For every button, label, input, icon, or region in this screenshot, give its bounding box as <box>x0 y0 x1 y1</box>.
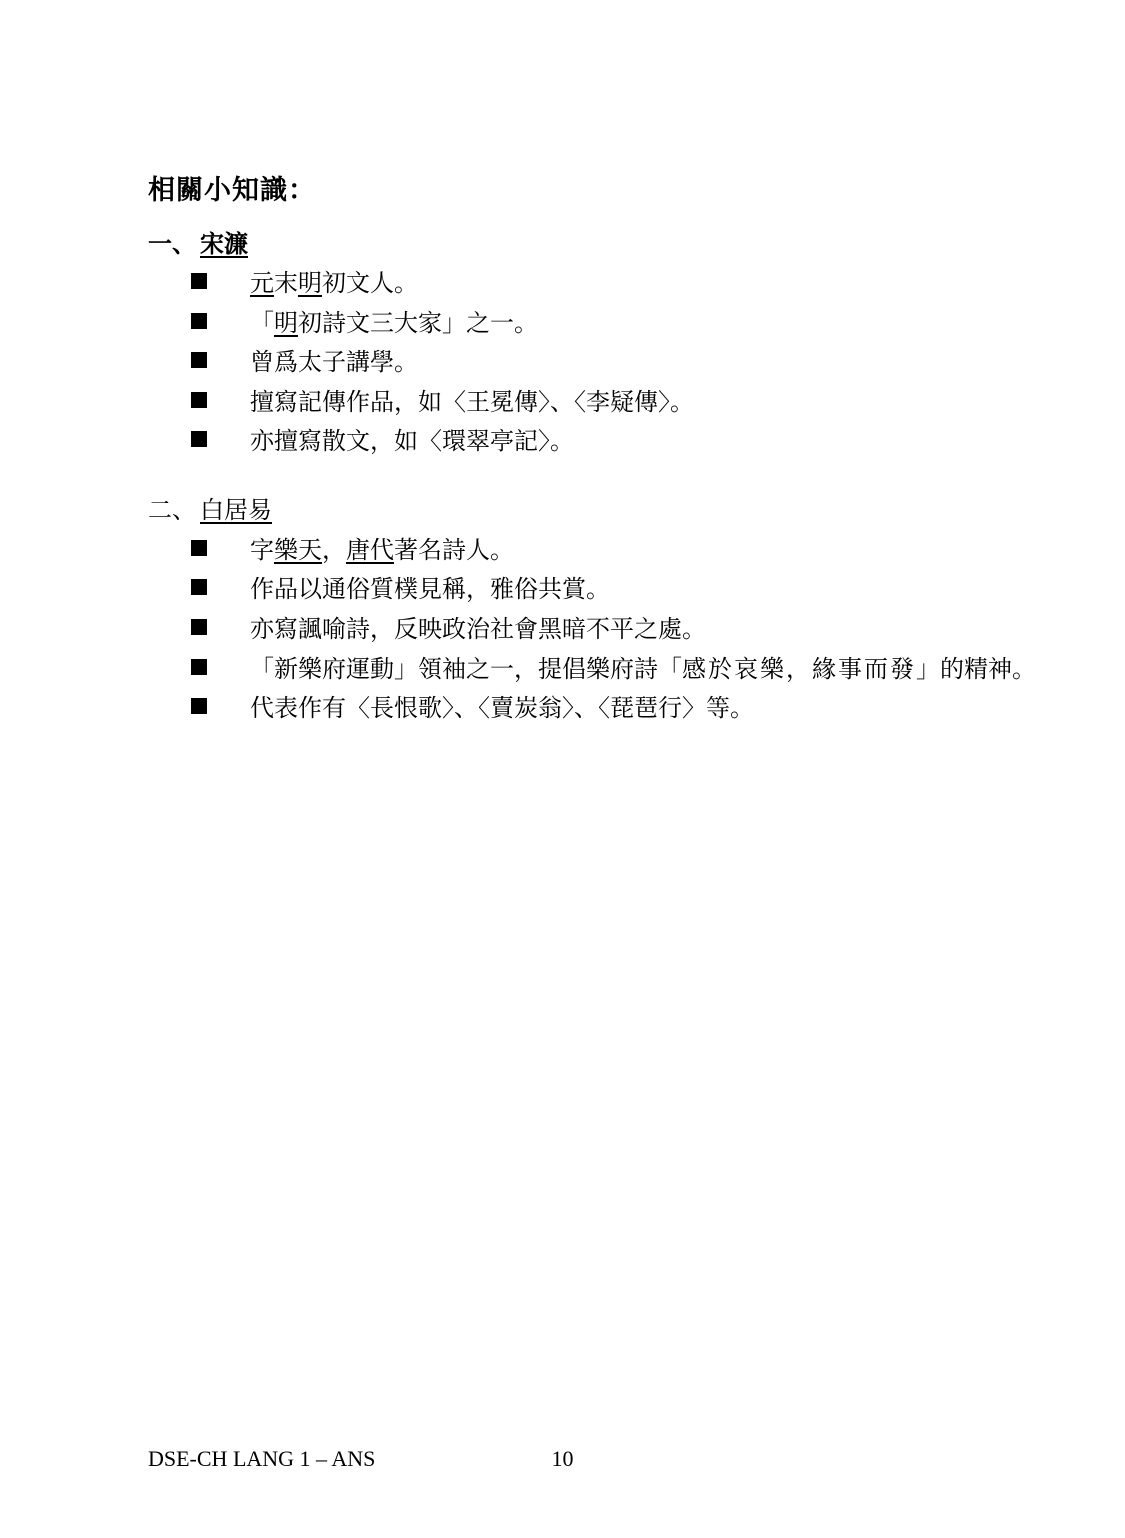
text-segment: 末 <box>274 271 298 297</box>
bullet-item: 曾爲太子講學。 <box>148 344 1035 383</box>
proper-noun-underlined: 明 <box>298 271 322 297</box>
bullet-text: 「新樂府運動」領袖之一，提倡樂府詩「感於哀樂，緣事而發」的精神。 <box>250 657 1036 683</box>
bullet-text: 「明初詩文三大家」之一。 <box>250 311 538 337</box>
text-segment: 初詩文三大家」之一。 <box>298 311 538 337</box>
bullet-text: 曾爲太子講學。 <box>250 350 418 376</box>
bullet-item: 亦寫諷喻詩，反映政治社會黑暗不平之處。 <box>148 611 1035 650</box>
bullet-text: 字樂天，唐代著名詩人。 <box>250 538 514 564</box>
bullet-square-icon <box>191 392 207 408</box>
bullet-text: 擅寫記傳作品，如〈王冕傳〉、〈李疑傳〉。 <box>250 390 694 416</box>
text-segment: 亦寫諷喻詩，反映政治社會黑暗不平之處。 <box>250 617 706 643</box>
text-segment: 初文人。 <box>322 271 418 297</box>
bullet-text: 元末明初文人。 <box>250 271 418 297</box>
bullet-list: 元末明初文人。「明初詩文三大家」之一。曾爲太子講學。擅寫記傳作品，如〈王冕傳〉、… <box>148 265 1035 462</box>
bullet-item: 字樂天，唐代著名詩人。 <box>148 532 1035 571</box>
text-segment: ， <box>322 538 346 564</box>
proper-noun-underlined: 樂天 <box>274 538 322 564</box>
document-page: 相關小知識： 一、宋濂元末明初文人。「明初詩文三大家」之一。曾爲太子講學。擅寫記… <box>0 0 1125 1538</box>
bullet-item: 作品以通俗質樸見稱，雅俗共賞。 <box>148 571 1035 610</box>
quoted-kai-text: 感於哀樂，緣事而發 <box>682 655 916 683</box>
section-number: 一、 <box>148 226 200 265</box>
bullet-text: 亦擅寫散文，如〈環翠亭記〉。 <box>250 429 574 455</box>
text-segment: 」的精神。 <box>916 657 1036 683</box>
section-1: 一、宋濂元末明初文人。「明初詩文三大家」之一。曾爲太子講學。擅寫記傳作品，如〈王… <box>148 226 1035 462</box>
footer-doc-code: DSE-CH LANG 1 – ANS <box>148 1446 375 1472</box>
section-2: 二、白居易字樂天，唐代著名詩人。作品以通俗質樸見稱，雅俗共賞。亦寫諷喻詩，反映政… <box>148 492 1035 729</box>
section-number: 二、 <box>148 492 200 531</box>
bullet-item: 「新樂府運動」領袖之一，提倡樂府詩「感於哀樂，緣事而發」的精神。 <box>148 650 1035 690</box>
text-segment: 「 <box>250 311 274 337</box>
bullet-item: 元末明初文人。 <box>148 265 1035 304</box>
bullet-text: 作品以通俗質樸見稱，雅俗共賞。 <box>250 577 610 603</box>
text-segment: 字 <box>250 538 274 564</box>
bullet-square-icon <box>191 431 207 447</box>
page-title: 相關小知識： <box>148 168 316 207</box>
proper-noun-underlined: 唐代 <box>346 538 394 564</box>
bullet-square-icon <box>191 540 207 556</box>
bullet-text: 亦寫諷喻詩，反映政治社會黑暗不平之處。 <box>250 617 706 643</box>
proper-noun-underlined: 元 <box>250 271 274 297</box>
sections-container: 一、宋濂元末明初文人。「明初詩文三大家」之一。曾爲太子講學。擅寫記傳作品，如〈王… <box>148 226 1035 730</box>
bullet-square-icon <box>191 273 207 289</box>
text-segment: 「新樂府運動」領袖之一，提倡樂府詩「 <box>250 657 682 683</box>
text-segment: 作品以通俗質樸見稱，雅俗共賞。 <box>250 577 610 603</box>
text-segment: 擅寫記傳作品，如〈王冕傳〉、〈李疑傳〉。 <box>250 390 694 416</box>
bullet-square-icon <box>191 619 207 635</box>
bullet-item: 亦擅寫散文，如〈環翠亭記〉。 <box>148 423 1035 462</box>
text-segment: 代表作有〈長恨歌〉、〈賣炭翁〉、〈琵琶行〉等。 <box>250 696 754 722</box>
bullet-item: 「明初詩文三大家」之一。 <box>148 305 1035 344</box>
bullet-list: 字樂天，唐代著名詩人。作品以通俗質樸見稱，雅俗共賞。亦寫諷喻詩，反映政治社會黑暗… <box>148 532 1035 730</box>
proper-noun-underlined: 明 <box>274 311 298 337</box>
bullet-item: 擅寫記傳作品，如〈王冕傳〉、〈李疑傳〉。 <box>148 384 1035 423</box>
bullet-square-icon <box>191 579 207 595</box>
bullet-item: 代表作有〈長恨歌〉、〈賣炭翁〉、〈琵琶行〉等。 <box>148 690 1035 729</box>
footer-page-number: 10 <box>552 1446 574 1471</box>
bullet-square-icon <box>191 659 207 675</box>
text-segment: 著名詩人。 <box>394 538 514 564</box>
bullet-square-icon <box>191 313 207 329</box>
bullet-square-icon <box>191 352 207 368</box>
footer: DSE-CH LANG 1 – ANS 10 <box>0 1446 1125 1472</box>
text-segment: 曾爲太子講學。 <box>250 350 418 376</box>
section-heading: 二、白居易 <box>148 492 1035 531</box>
bullet-square-icon <box>191 698 207 714</box>
section-heading: 一、宋濂 <box>148 226 1035 265</box>
text-segment: 亦擅寫散文，如〈環翠亭記〉。 <box>250 429 574 455</box>
bullet-text: 代表作有〈長恨歌〉、〈賣炭翁〉、〈琵琶行〉等。 <box>250 696 754 722</box>
section-name: 白居易 <box>200 498 272 524</box>
section-name: 宋濂 <box>200 232 248 258</box>
